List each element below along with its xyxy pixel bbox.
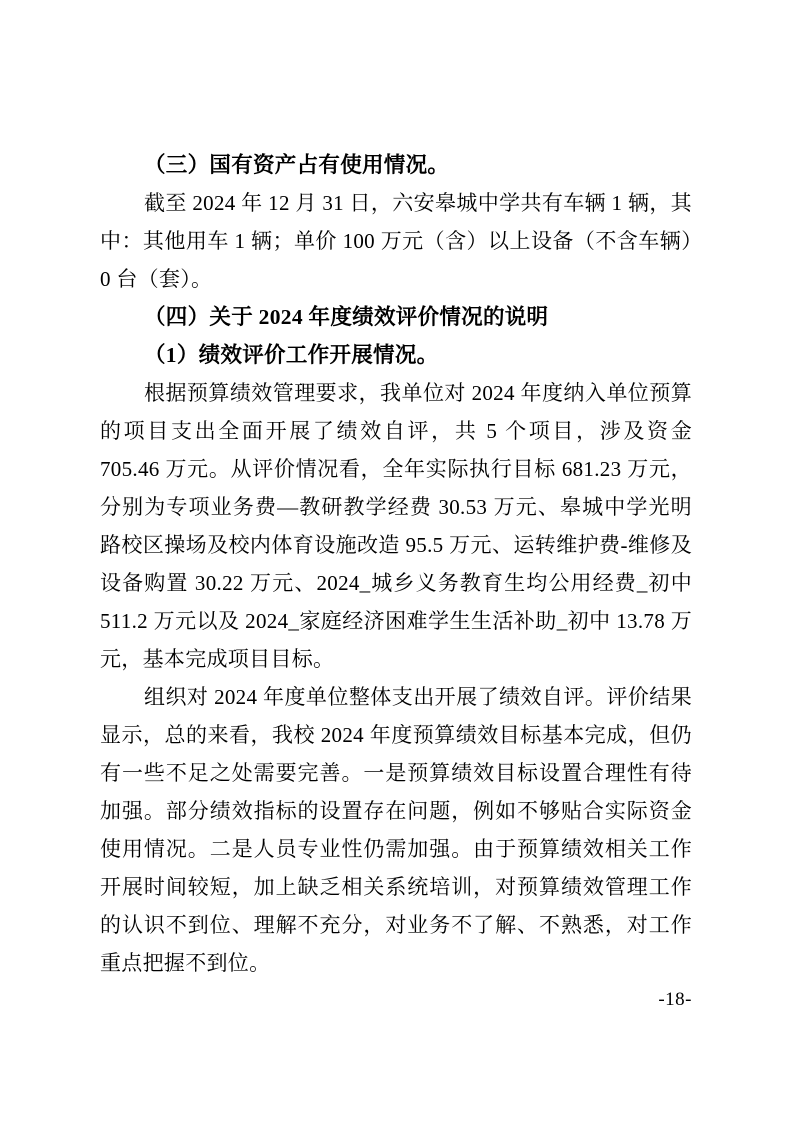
- paragraph-state-assets: 截至 2024 年 12 月 31 日，六安皋城中学共有车辆 1 辆，其中：其他…: [100, 184, 692, 298]
- section-heading-state-assets: （三）国有资产占有使用情况。: [100, 146, 692, 184]
- page-number: -18-: [658, 986, 692, 1014]
- paragraph-project-self-evaluation: 根据预算绩效管理要求，我单位对 2024 年度纳入单位预算的项目支出全面开展了绩…: [100, 374, 692, 678]
- paragraph-overall-self-evaluation: 组织对 2024 年度单位整体支出开展了绩效自评。评价结果显示，总的来看，我校 …: [100, 678, 692, 982]
- document-body: （三）国有资产占有使用情况。 截至 2024 年 12 月 31 日，六安皋城中…: [100, 146, 692, 982]
- section-heading-performance-evaluation: （四）关于 2024 年度绩效评价情况的说明: [100, 298, 692, 336]
- subsection-heading-evaluation-work: （1）绩效评价工作开展情况。: [100, 336, 692, 374]
- document-page: （三）国有资产占有使用情况。 截至 2024 年 12 月 31 日，六安皋城中…: [0, 0, 793, 1122]
